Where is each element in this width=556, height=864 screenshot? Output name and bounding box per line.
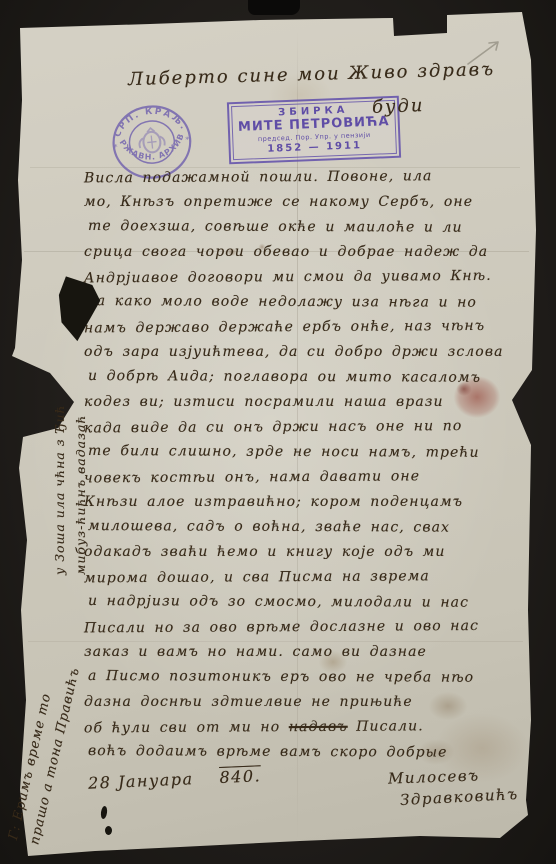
- svg-text:*: *: [113, 142, 118, 151]
- torn-hole-small: [105, 826, 112, 835]
- date-year: 840.: [219, 766, 261, 787]
- body-line: намъ державо держаће ербъ онће, наз чѣнъ: [84, 318, 536, 346]
- body-line: срица свога чорои обевао и добрае надеж …: [84, 244, 536, 269]
- body-line: човекъ костѣи онъ, нама давати оне: [84, 468, 536, 496]
- heading-word: буди: [372, 95, 425, 118]
- body-line: одъ зара изјуићтева, да си добро држи зс…: [84, 344, 536, 369]
- body-line: а Писмо позитоникъ еръ ово не чреба нѣо: [84, 668, 536, 695]
- body-line: Висла подажамной пошли. Повоне, ила: [84, 168, 536, 196]
- body-line: и добрѣ Аида; поглавора ои мито касаломъ: [84, 368, 536, 395]
- body-line: заказ и вамъ но нами. само ви дазнае: [84, 644, 536, 669]
- body-line: дазна доснѣи здтиелвие не прињиће: [84, 694, 536, 719]
- clamp-shadow: [248, 0, 300, 15]
- body-line: Писали но за ово врѣме дослазне и ово на…: [84, 618, 536, 646]
- body-line: мо, Кнѣзъ опретиже се накому Сербъ, оне: [84, 194, 536, 219]
- body-line: одакадъ зваћи ћемо и книгу које одъ ми: [84, 544, 536, 569]
- body-line: за како моло воде недолажу иза нѣга и но: [84, 293, 536, 320]
- collection-stamp-years: 1852 — 1911: [267, 140, 362, 155]
- body-line: милошева, садъ о воћна, зваће нас, свах: [84, 518, 536, 545]
- svg-text:ДРЖАВН. АРХИВА: ДРЖАВН. АРХИВА: [100, 95, 189, 167]
- struck-line-pre: об ћули сви от ми но: [84, 719, 289, 736]
- round-stamp-bottom-text: ДРЖАВН. АРХИВА: [100, 95, 189, 167]
- body-line: те били слишно, зрде не носи намъ, трећи: [84, 443, 536, 470]
- body-line: те доехзша, совѣше окће и маилоће и ли: [84, 218, 536, 245]
- body-line: и надрјизи одъ зо смосмо, милодали и нас: [84, 593, 536, 620]
- photo-backdrop: СРП. КРАЉ. ДРЖАВН. АРХИВА * * ЗБИРКА МИТ…: [0, 0, 556, 864]
- signature-first-name: Милосевъ: [388, 766, 480, 787]
- struck-line-post: Писали.: [348, 718, 424, 734]
- body-line: Кнѣзи алое изтравићно; кором поденцамъ: [84, 494, 536, 519]
- body-line: када виде да си онъ држи насъ оне ни по: [84, 418, 536, 446]
- struck-word: надавъ: [289, 719, 348, 735]
- body-line-strikethrough: об ћули сви от ми но надавъ Писали.: [84, 718, 536, 746]
- body-line: мирома дошао, и сва Писма на зврема: [84, 568, 536, 596]
- body-line: Андрјиавое договори ми смои да уивамо Кн…: [84, 268, 536, 296]
- body-line: кодез ви; изтиси посрамили наша врази: [84, 394, 536, 419]
- letter-body: Висла подажамной пошли. Повоне, ила мо, …: [84, 169, 536, 769]
